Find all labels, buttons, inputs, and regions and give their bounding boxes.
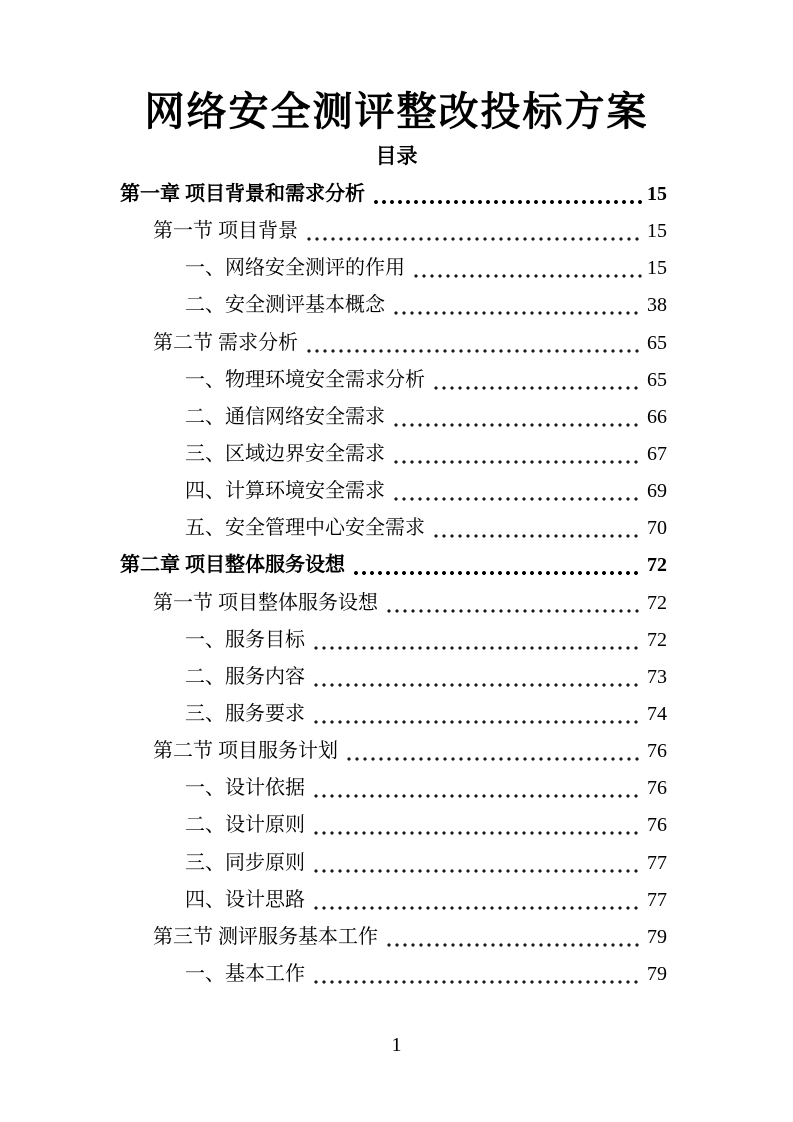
toc-entry-page: 65 (647, 362, 667, 399)
dot-leader (372, 176, 642, 213)
toc-entry[interactable]: 二、设计原则 76 (120, 807, 667, 844)
dot-leader (312, 807, 642, 844)
toc-entry-label: 第一节 项目整体服务设想 (153, 585, 378, 622)
dot-leader (305, 325, 642, 362)
toc-entry[interactable]: 第三节 测评服务基本工作 79 (120, 919, 667, 956)
toc-entry-page: 70 (647, 510, 667, 547)
toc-entry-page: 15 (647, 213, 667, 250)
toc-entry-page: 77 (647, 882, 667, 919)
toc-entry[interactable]: 三、区域边界安全需求 67 (120, 436, 667, 473)
toc-entry-label: 一、网络安全测评的作用 (185, 250, 405, 287)
toc-entry-label: 三、服务要求 (185, 696, 305, 733)
toc-entry-page: 15 (647, 250, 667, 287)
toc-entry-page: 38 (647, 287, 667, 324)
toc-entry-label: 一、物理环境安全需求分析 (185, 362, 425, 399)
toc-entry-label: 二、设计原则 (185, 807, 305, 844)
toc-entry[interactable]: 第二节 项目服务计划 76 (120, 733, 667, 770)
dot-leader (312, 956, 642, 993)
toc-entry[interactable]: 二、服务内容 73 (120, 659, 667, 696)
toc-entry-label: 一、基本工作 (185, 956, 305, 993)
dot-leader (385, 585, 642, 622)
document-title: 网络安全测评整改投标方案 (0, 0, 793, 132)
toc-entry-page: 79 (647, 956, 667, 993)
toc-entry[interactable]: 一、服务目标 72 (120, 622, 667, 659)
toc-entry[interactable]: 第二章 项目整体服务设想 72 (120, 547, 667, 584)
toc-entry-page: 65 (647, 325, 667, 362)
toc-entry-page: 76 (647, 807, 667, 844)
toc-entry-label: 二、服务内容 (185, 659, 305, 696)
toc-entry[interactable]: 四、设计思路 77 (120, 882, 667, 919)
toc-entry-label: 第二节 需求分析 (153, 325, 298, 362)
toc-entry-page: 76 (647, 770, 667, 807)
dot-leader (345, 733, 642, 770)
toc-entry-page: 73 (647, 659, 667, 696)
dot-leader (312, 659, 642, 696)
dot-leader (432, 362, 642, 399)
dot-leader (312, 882, 642, 919)
toc-entry-page: 72 (647, 585, 667, 622)
toc-entry-label: 第一节 项目背景 (153, 213, 298, 250)
toc-entry-page: 79 (647, 919, 667, 956)
toc-entry[interactable]: 一、基本工作 79 (120, 956, 667, 993)
dot-leader (385, 919, 642, 956)
toc-entry-page: 67 (647, 436, 667, 473)
toc-entry[interactable]: 四、计算环境安全需求 69 (120, 473, 667, 510)
toc-entry[interactable]: 五、安全管理中心安全需求 70 (120, 510, 667, 547)
toc-entry-label: 二、通信网络安全需求 (185, 399, 385, 436)
toc-entry-page: 74 (647, 696, 667, 733)
toc-entry-label: 三、区域边界安全需求 (185, 436, 385, 473)
dot-leader (312, 770, 642, 807)
toc-entry[interactable]: 一、设计依据 76 (120, 770, 667, 807)
dot-leader (432, 510, 642, 547)
toc-entry-label: 第三节 测评服务基本工作 (153, 919, 378, 956)
dot-leader (352, 547, 642, 584)
toc-entry-label: 第二章 项目整体服务设想 (120, 547, 345, 584)
dot-leader (392, 399, 642, 436)
toc-entry[interactable]: 一、网络安全测评的作用 15 (120, 250, 667, 287)
toc-entry-page: 69 (647, 473, 667, 510)
dot-leader (392, 473, 642, 510)
dot-leader (392, 287, 642, 324)
toc-entry[interactable]: 三、服务要求 74 (120, 696, 667, 733)
dot-leader (312, 845, 642, 882)
table-of-contents: 第一章 项目背景和需求分析 15 第一节 项目背景 15 一、网络安全测评的作用… (120, 176, 667, 993)
toc-entry-label: 一、服务目标 (185, 622, 305, 659)
dot-leader (312, 622, 642, 659)
page-number: 1 (0, 1035, 793, 1055)
dot-leader (305, 213, 642, 250)
toc-entry[interactable]: 第二节 需求分析 65 (120, 325, 667, 362)
toc-entry-label: 四、计算环境安全需求 (185, 473, 385, 510)
toc-entry-label: 第一章 项目背景和需求分析 (120, 176, 365, 213)
toc-entry[interactable]: 第一节 项目整体服务设想 72 (120, 585, 667, 622)
toc-entry[interactable]: 一、物理环境安全需求分析 65 (120, 362, 667, 399)
toc-entry-page: 72 (647, 622, 667, 659)
toc-entry[interactable]: 二、通信网络安全需求 66 (120, 399, 667, 436)
toc-entry-label: 三、同步原则 (185, 845, 305, 882)
dot-leader (412, 250, 642, 287)
dot-leader (392, 436, 642, 473)
toc-entry-label: 二、安全测评基本概念 (185, 287, 385, 324)
toc-entry-label: 一、设计依据 (185, 770, 305, 807)
toc-entry[interactable]: 第一章 项目背景和需求分析 15 (120, 176, 667, 213)
toc-entry-label: 五、安全管理中心安全需求 (185, 510, 425, 547)
toc-entry-page: 15 (647, 176, 667, 213)
toc-entry-label: 四、设计思路 (185, 882, 305, 919)
toc-entry[interactable]: 二、安全测评基本概念 38 (120, 287, 667, 324)
toc-entry-page: 77 (647, 845, 667, 882)
toc-entry-page: 66 (647, 399, 667, 436)
toc-entry[interactable]: 第一节 项目背景 15 (120, 213, 667, 250)
toc-entry[interactable]: 三、同步原则 77 (120, 845, 667, 882)
toc-entry-page: 76 (647, 733, 667, 770)
document-page: 网络安全测评整改投标方案 目录 第一章 项目背景和需求分析 15 第一节 项目背… (0, 0, 793, 1122)
toc-entry-page: 72 (647, 547, 667, 584)
toc-heading: 目录 (0, 146, 793, 167)
dot-leader (312, 696, 642, 733)
toc-entry-label: 第二节 项目服务计划 (153, 733, 338, 770)
